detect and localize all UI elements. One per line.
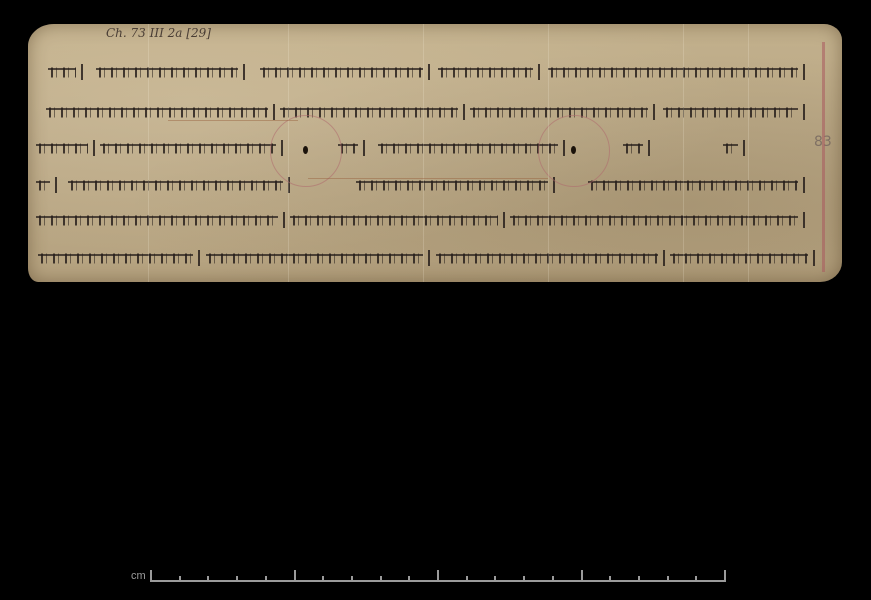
paper-fiber	[288, 24, 289, 282]
shad-punctuation	[363, 140, 365, 156]
paper-fiber	[148, 24, 149, 282]
shad-punctuation	[93, 140, 95, 156]
script-word-group	[260, 64, 423, 82]
minor-tick	[265, 576, 267, 582]
minor-tick	[523, 576, 525, 582]
shad-punctuation	[743, 140, 745, 156]
minor-tick	[494, 576, 496, 582]
shad-punctuation	[813, 250, 815, 266]
script-word-group	[36, 140, 88, 158]
shad-punctuation	[803, 212, 805, 228]
major-tick	[294, 570, 296, 582]
script-word-group	[36, 177, 50, 195]
major-tick	[581, 570, 583, 582]
minor-tick	[380, 576, 382, 582]
scale-bar	[150, 570, 725, 582]
script-word-group	[510, 212, 798, 230]
minor-tick	[236, 576, 238, 582]
major-tick	[150, 570, 152, 582]
shad-punctuation	[463, 104, 465, 120]
shad-punctuation	[803, 104, 805, 120]
manuscript-folio: Ch. 73 III 2a [29] 83	[28, 24, 842, 282]
minor-tick	[207, 576, 209, 582]
shad-punctuation	[243, 64, 245, 80]
minor-tick	[609, 576, 611, 582]
major-tick	[437, 570, 439, 582]
script-word-group	[670, 250, 808, 268]
paper-fiber	[548, 24, 549, 282]
ruling-line	[168, 120, 298, 121]
shad-punctuation	[428, 64, 430, 80]
shad-punctuation	[198, 250, 200, 266]
ruling-line	[308, 178, 548, 179]
script-word-group	[548, 64, 798, 82]
script-word-group	[68, 177, 283, 195]
shad-punctuation	[663, 250, 665, 266]
minor-tick	[695, 576, 697, 582]
script-word-group	[100, 140, 276, 158]
script-word-group	[36, 212, 278, 230]
shad-punctuation	[648, 140, 650, 156]
shad-punctuation	[538, 64, 540, 80]
minor-tick	[552, 576, 554, 582]
minor-tick	[322, 576, 324, 582]
minor-tick	[466, 576, 468, 582]
shelfmark-annotation: Ch. 73 III 2a [29]	[106, 26, 211, 40]
minor-tick	[179, 576, 181, 582]
script-word-group	[588, 177, 798, 195]
minor-tick	[667, 576, 669, 582]
script-word-group	[623, 140, 643, 158]
paper-fiber	[423, 24, 424, 282]
string-hole	[303, 146, 308, 154]
script-word-group	[96, 64, 238, 82]
script-word-group	[290, 212, 498, 230]
script-word-group	[378, 140, 558, 158]
shad-punctuation	[273, 104, 275, 120]
string-hole	[571, 146, 576, 154]
shad-punctuation	[503, 212, 505, 228]
shad-punctuation	[803, 64, 805, 80]
script-word-group	[206, 250, 423, 268]
shad-punctuation	[653, 104, 655, 120]
shad-punctuation	[803, 177, 805, 193]
script-word-group	[438, 64, 533, 82]
paper-fiber	[748, 24, 749, 282]
major-tick	[724, 570, 726, 582]
minor-tick	[408, 576, 410, 582]
shad-punctuation	[428, 250, 430, 266]
script-word-group	[723, 140, 738, 158]
scale-unit-label: cm	[131, 570, 146, 582]
shad-punctuation	[81, 64, 83, 80]
script-word-group	[38, 250, 193, 268]
minor-tick	[638, 576, 640, 582]
script-word-group	[356, 177, 548, 195]
shad-punctuation	[283, 212, 285, 228]
shad-punctuation	[55, 177, 57, 193]
minor-tick	[351, 576, 353, 582]
script-word-group	[48, 64, 76, 82]
script-word-group	[436, 250, 658, 268]
paper-fiber	[683, 24, 684, 282]
